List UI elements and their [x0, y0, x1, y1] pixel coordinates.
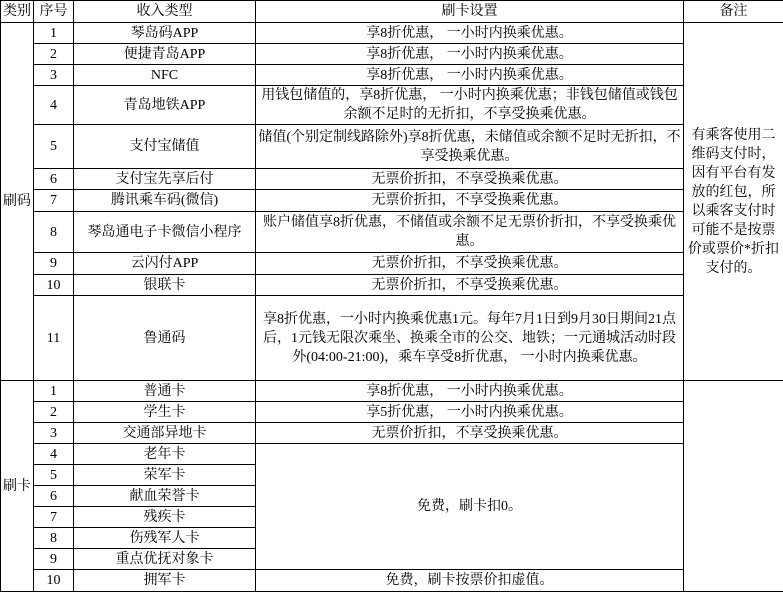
income-type-cell: 琴岛通电子卡微信小程序 — [74, 212, 256, 253]
index-cell: 10 — [34, 570, 74, 592]
fare-discount-table: 类别 序号 收入类型 刷卡设置 备注 刷码 1 琴岛码APP 享8折优惠， 一小… — [0, 0, 783, 592]
income-type-cell: 学生卡 — [74, 402, 256, 423]
remark-cell-swipe-card — [684, 381, 783, 592]
index-cell: 5 — [34, 465, 74, 486]
setting-cell: 储值(个别定制线路除外)享8折优惠，未储值或余额不足时无折扣，不享受换乘优惠。 — [256, 125, 684, 169]
table-row: 6 支付宝先享后付 无票价折扣，不享受换乘优惠。 — [1, 169, 783, 190]
index-cell: 3 — [34, 65, 74, 86]
index-cell: 5 — [34, 125, 74, 169]
index-cell: 11 — [34, 296, 74, 381]
header-index: 序号 — [34, 1, 74, 23]
setting-cell: 无票价折扣，不享受换乘优惠。 — [256, 423, 684, 444]
category-cell-scan-code: 刷码 — [1, 23, 34, 381]
index-cell: 8 — [34, 528, 74, 549]
index-cell: 4 — [34, 86, 74, 125]
setting-cell: 无票价折扣，不享受换乘优惠。 — [256, 169, 684, 190]
table-row: 9 云闪付APP 无票价折扣，不享受换乘优惠。 — [1, 253, 783, 275]
table-row: 2 便捷青岛APP 享8折优惠， 一小时内换乘优惠。 — [1, 44, 783, 65]
income-type-cell: 支付宝先享后付 — [74, 169, 256, 190]
index-cell: 1 — [34, 381, 74, 402]
table-row: 7 腾讯乘车码(微信) 无票价折扣，不享受换乘优惠。 — [1, 190, 783, 212]
table-row: 4 老年卡 免费，刷卡扣0。 — [1, 444, 783, 465]
index-cell: 4 — [34, 444, 74, 465]
index-cell: 7 — [34, 507, 74, 528]
income-type-cell: 支付宝储值 — [74, 125, 256, 169]
income-type-cell: NFC — [74, 65, 256, 86]
income-type-cell: 重点优抚对象卡 — [74, 549, 256, 570]
setting-cell: 无票价折扣，不享受换乘优惠。 — [256, 275, 684, 296]
income-type-cell: 拥军卡 — [74, 570, 256, 592]
setting-cell: 享8折优惠， 一小时内换乘优惠。 — [256, 65, 684, 86]
index-cell: 2 — [34, 402, 74, 423]
setting-cell-merged-free: 免费，刷卡扣0。 — [256, 444, 684, 570]
income-type-cell: 普通卡 — [74, 381, 256, 402]
setting-cell: 享5折优惠， 一小时内换乘优惠。 — [256, 402, 684, 423]
income-type-cell: 献血荣誉卡 — [74, 486, 256, 507]
income-type-cell: 腾讯乘车码(微信) — [74, 190, 256, 212]
table-row: 刷码 1 琴岛码APP 享8折优惠， 一小时内换乘优惠。 有乘客使用二维码支付时… — [1, 23, 783, 44]
income-type-cell: 银联卡 — [74, 275, 256, 296]
index-cell: 1 — [34, 23, 74, 44]
income-type-cell: 伤残军人卡 — [74, 528, 256, 549]
remark-cell-scan-code: 有乘客使用二维码支付时，因有平台有发放的红包，所以乘客支付时可能不是按票价或票价… — [684, 23, 783, 381]
setting-cell: 享8折优惠， 一小时内换乘优惠。 — [256, 23, 684, 44]
income-type-cell: 老年卡 — [74, 444, 256, 465]
setting-cell: 账户储值享8折优惠，不储值或余额不足无票价折扣，不享受换乘优惠。 — [256, 212, 684, 253]
setting-cell: 享8折优惠，一小时内换乘优惠1元。每年7月1日到9月30日期间21点后，1元钱无… — [256, 296, 684, 381]
header-category: 类别 — [1, 1, 34, 23]
setting-cell: 享8折优惠， 一小时内换乘优惠。 — [256, 381, 684, 402]
table-row: 5 支付宝储值 储值(个别定制线路除外)享8折优惠，未储值或余额不足时无折扣，不… — [1, 125, 783, 169]
income-type-cell: 残疾卡 — [74, 507, 256, 528]
setting-cell: 用钱包储值的，享8折优惠， 一小时内换乘优惠；非钱包储值或钱包余额不足时的无折扣… — [256, 86, 684, 125]
table-row: 2 学生卡 享5折优惠， 一小时内换乘优惠。 — [1, 402, 783, 423]
setting-cell: 无票价折扣，不享受换乘优惠。 — [256, 190, 684, 212]
setting-cell: 免费，刷卡按票价扣虚值。 — [256, 570, 684, 592]
table-row: 10 拥军卡 免费，刷卡按票价扣虚值。 — [1, 570, 783, 592]
header-income-type: 收入类型 — [74, 1, 256, 23]
income-type-cell: 琴岛码APP — [74, 23, 256, 44]
index-cell: 2 — [34, 44, 74, 65]
setting-cell: 无票价折扣，不享受换乘优惠。 — [256, 253, 684, 275]
index-cell: 10 — [34, 275, 74, 296]
index-cell: 7 — [34, 190, 74, 212]
setting-cell: 享8折优惠， 一小时内换乘优惠。 — [256, 44, 684, 65]
income-type-cell: 云闪付APP — [74, 253, 256, 275]
category-cell-swipe-card: 刷卡 — [1, 381, 34, 592]
table-row: 3 交通部异地卡 无票价折扣，不享受换乘优惠。 — [1, 423, 783, 444]
table-row: 10 银联卡 无票价折扣，不享受换乘优惠。 — [1, 275, 783, 296]
header-row: 类别 序号 收入类型 刷卡设置 备注 — [1, 1, 783, 23]
income-type-cell: 青岛地铁APP — [74, 86, 256, 125]
table-row: 4 青岛地铁APP 用钱包储值的，享8折优惠， 一小时内换乘优惠；非钱包储值或钱… — [1, 86, 783, 125]
index-cell: 9 — [34, 253, 74, 275]
table-row: 3 NFC 享8折优惠， 一小时内换乘优惠。 — [1, 65, 783, 86]
index-cell: 8 — [34, 212, 74, 253]
table-row: 8 琴岛通电子卡微信小程序 账户储值享8折优惠，不储值或余额不足无票价折扣，不享… — [1, 212, 783, 253]
index-cell: 6 — [34, 169, 74, 190]
header-settings: 刷卡设置 — [256, 1, 684, 23]
index-cell: 6 — [34, 486, 74, 507]
income-type-cell: 便捷青岛APP — [74, 44, 256, 65]
table-row: 11 鲁通码 享8折优惠，一小时内换乘优惠1元。每年7月1日到9月30日期间21… — [1, 296, 783, 381]
index-cell: 9 — [34, 549, 74, 570]
income-type-cell: 荣军卡 — [74, 465, 256, 486]
income-type-cell: 鲁通码 — [74, 296, 256, 381]
header-remark: 备注 — [684, 1, 783, 23]
index-cell: 3 — [34, 423, 74, 444]
table-row: 刷卡 1 普通卡 享8折优惠， 一小时内换乘优惠。 — [1, 381, 783, 402]
income-type-cell: 交通部异地卡 — [74, 423, 256, 444]
